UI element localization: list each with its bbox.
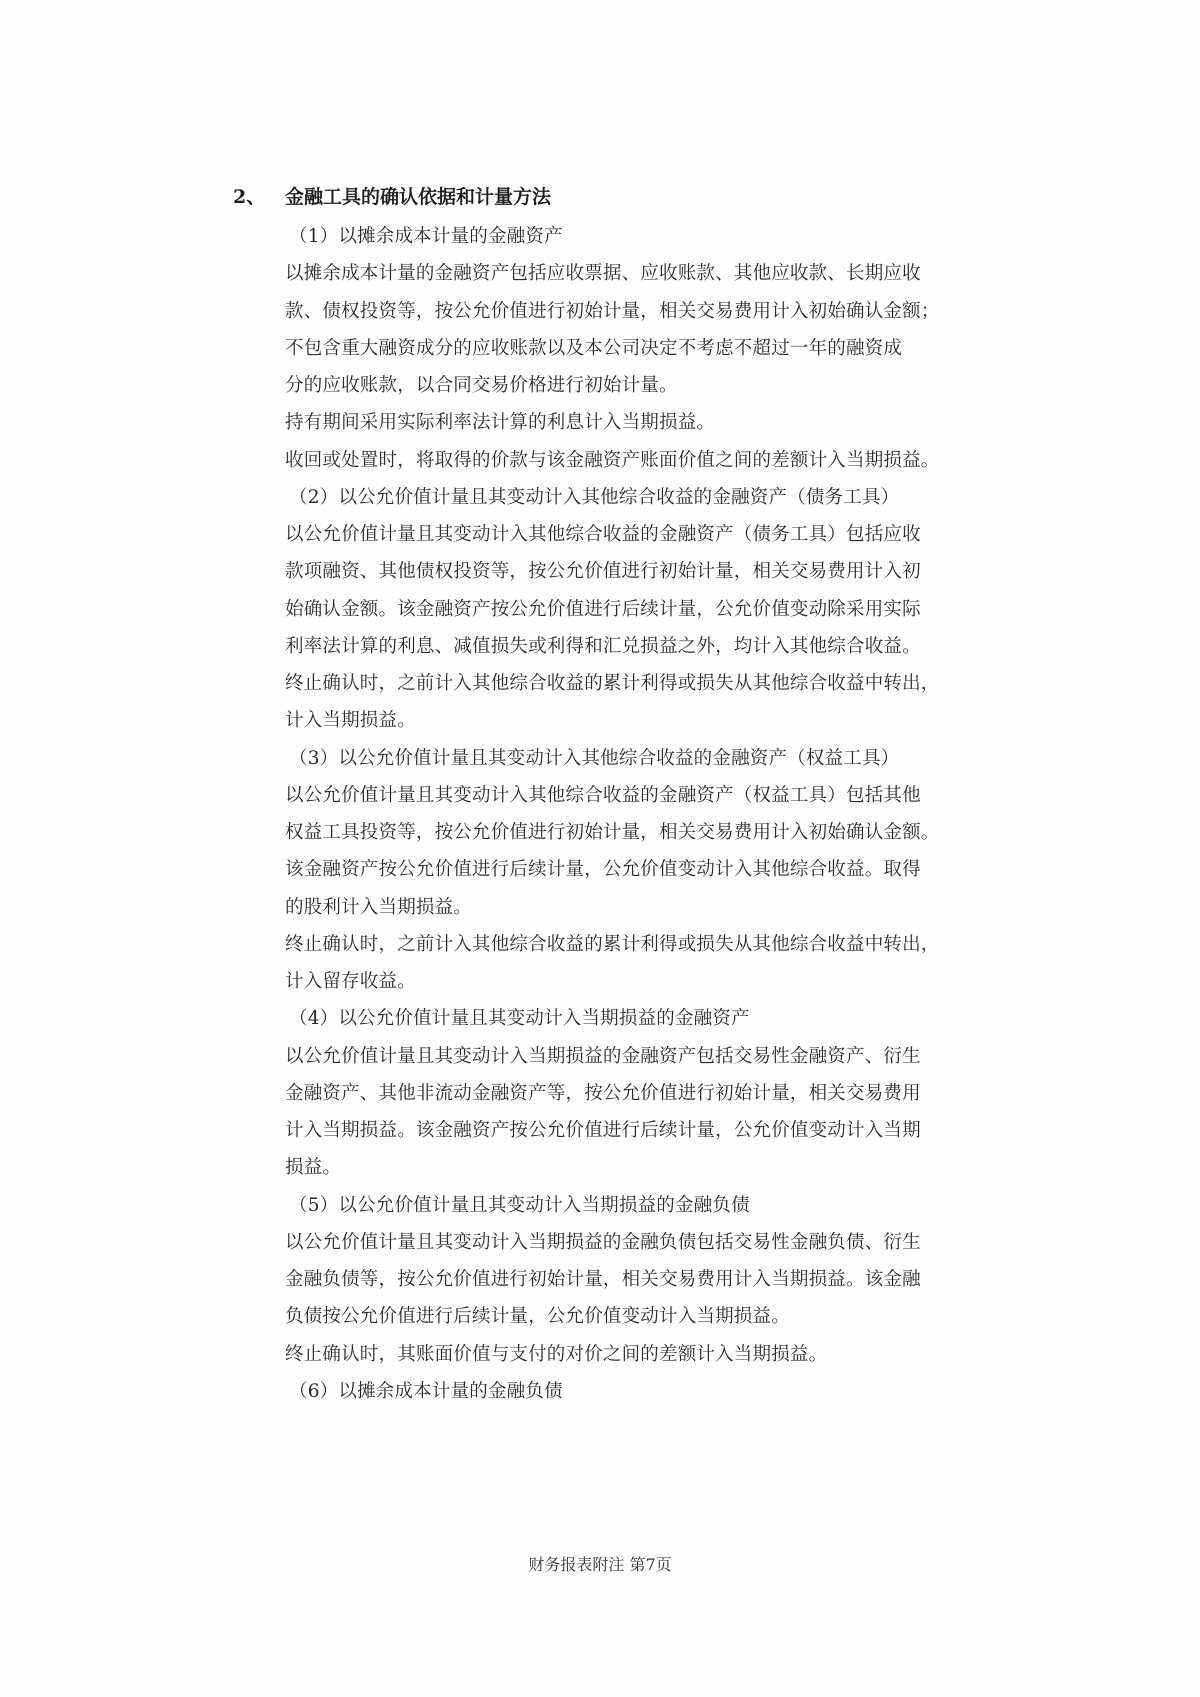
section-title: 金融工具的确认依据和计量方法 bbox=[285, 186, 551, 208]
subheading-1: （1）以摊余成本计量的金融资产 bbox=[285, 218, 1015, 255]
document-page: 2、金融工具的确认依据和计量方法 （1）以摊余成本计量的金融资产 以摊余成本计量… bbox=[0, 0, 1200, 1697]
subheading-6: （6）以摊余成本计量的金融负债 bbox=[285, 1373, 1015, 1410]
paragraph-line: 以摊余成本计量的金融资产包括应收票据、应收账款、其他应收款、长期应收 bbox=[285, 255, 1015, 292]
paragraph-line: 始确认金额。该金融资产按公允价值进行后续计量，公允价值变动除采用实际 bbox=[285, 591, 1015, 628]
paragraph-line: 计入当期损益。该金融资产按公允价值进行后续计量，公允价值变动计入当期 bbox=[285, 1112, 1015, 1149]
paragraph-line: 以公允价值计量且其变动计入当期损益的金融资产包括交易性金融资产、衍生 bbox=[285, 1038, 1015, 1075]
subheading-4: （4）以公允价值计量且其变动计入当期损益的金融资产 bbox=[285, 1000, 1015, 1037]
paragraph-line: 金融资产、其他非流动金融资产等，按公允价值进行初始计量，相关交易费用 bbox=[285, 1075, 1015, 1112]
paragraph-line: 金融负债等，按公允价值进行初始计量，相关交易费用计入当期损益。该金融 bbox=[285, 1261, 1015, 1298]
paragraph-line: 以公允价值计量且其变动计入其他综合收益的金融资产（权益工具）包括其他 bbox=[285, 777, 1015, 814]
subheading-3: （3）以公允价值计量且其变动计入其他综合收益的金融资产（权益工具） bbox=[285, 740, 1015, 777]
paragraph-line: 款、债权投资等，按公允价值进行初始计量，相关交易费用计入初始确认金额； bbox=[285, 293, 1015, 330]
paragraph-line: 终止确认时，之前计入其他综合收益的累计利得或损失从其他综合收益中转出， bbox=[285, 665, 1015, 702]
section-number: 2、 bbox=[233, 182, 285, 212]
paragraph-line: 分的应收账款，以合同交易价格进行初始计量。 bbox=[285, 367, 1015, 404]
paragraph-line: 终止确认时，之前计入其他综合收益的累计利得或损失从其他综合收益中转出， bbox=[285, 926, 1015, 963]
paragraph-line: 计入当期损益。 bbox=[285, 702, 1015, 739]
paragraph-line: 持有期间采用实际利率法计算的利息计入当期损益。 bbox=[285, 404, 1015, 441]
paragraph-line: 以公允价值计量且其变动计入其他综合收益的金融资产（债务工具）包括应收 bbox=[285, 516, 1015, 553]
paragraph-line: 损益。 bbox=[285, 1149, 1015, 1186]
paragraph-line: 不包含重大融资成分的应收账款以及本公司决定不考虑不超过一年的融资成 bbox=[285, 330, 1015, 367]
paragraph-line: 利率法计算的利息、减值损失或利得和汇兑损益之外，均计入其他综合收益。 bbox=[285, 628, 1015, 665]
subheading-2: （2）以公允价值计量且其变动计入其他综合收益的金融资产（债务工具） bbox=[285, 479, 1015, 516]
paragraph-line: 权益工具投资等，按公允价值进行初始计量，相关交易费用计入初始确认金额。 bbox=[285, 814, 1015, 851]
page-footer: 财务报表附注 第7页 bbox=[0, 1552, 1200, 1575]
paragraph-line: 以公允价值计量且其变动计入当期损益的金融负债包括交易性金融负债、衍生 bbox=[285, 1224, 1015, 1261]
paragraph-line: 该金融资产按公允价值进行后续计量，公允价值变动计入其他综合收益。取得 bbox=[285, 851, 1015, 888]
paragraph-line: 款项融资、其他债权投资等，按公允价值进行初始计量，相关交易费用计入初 bbox=[285, 553, 1015, 590]
paragraph-line: 终止确认时，其账面价值与支付的对价之间的差额计入当期损益。 bbox=[285, 1336, 1015, 1373]
paragraph-line: 收回或处置时，将取得的价款与该金融资产账面价值之间的差额计入当期损益。 bbox=[285, 442, 1015, 479]
section-heading: 2、金融工具的确认依据和计量方法 bbox=[233, 182, 551, 212]
paragraph-line: 计入留存收益。 bbox=[285, 963, 1015, 1000]
paragraph-line: 的股利计入当期损益。 bbox=[285, 889, 1015, 926]
subheading-5: （5）以公允价值计量且其变动计入当期损益的金融负债 bbox=[285, 1187, 1015, 1224]
paragraph-line: 负债按公允价值进行后续计量，公允价值变动计入当期损益。 bbox=[285, 1298, 1015, 1335]
body-text: （1）以摊余成本计量的金融资产 以摊余成本计量的金融资产包括应收票据、应收账款、… bbox=[285, 218, 1015, 1410]
